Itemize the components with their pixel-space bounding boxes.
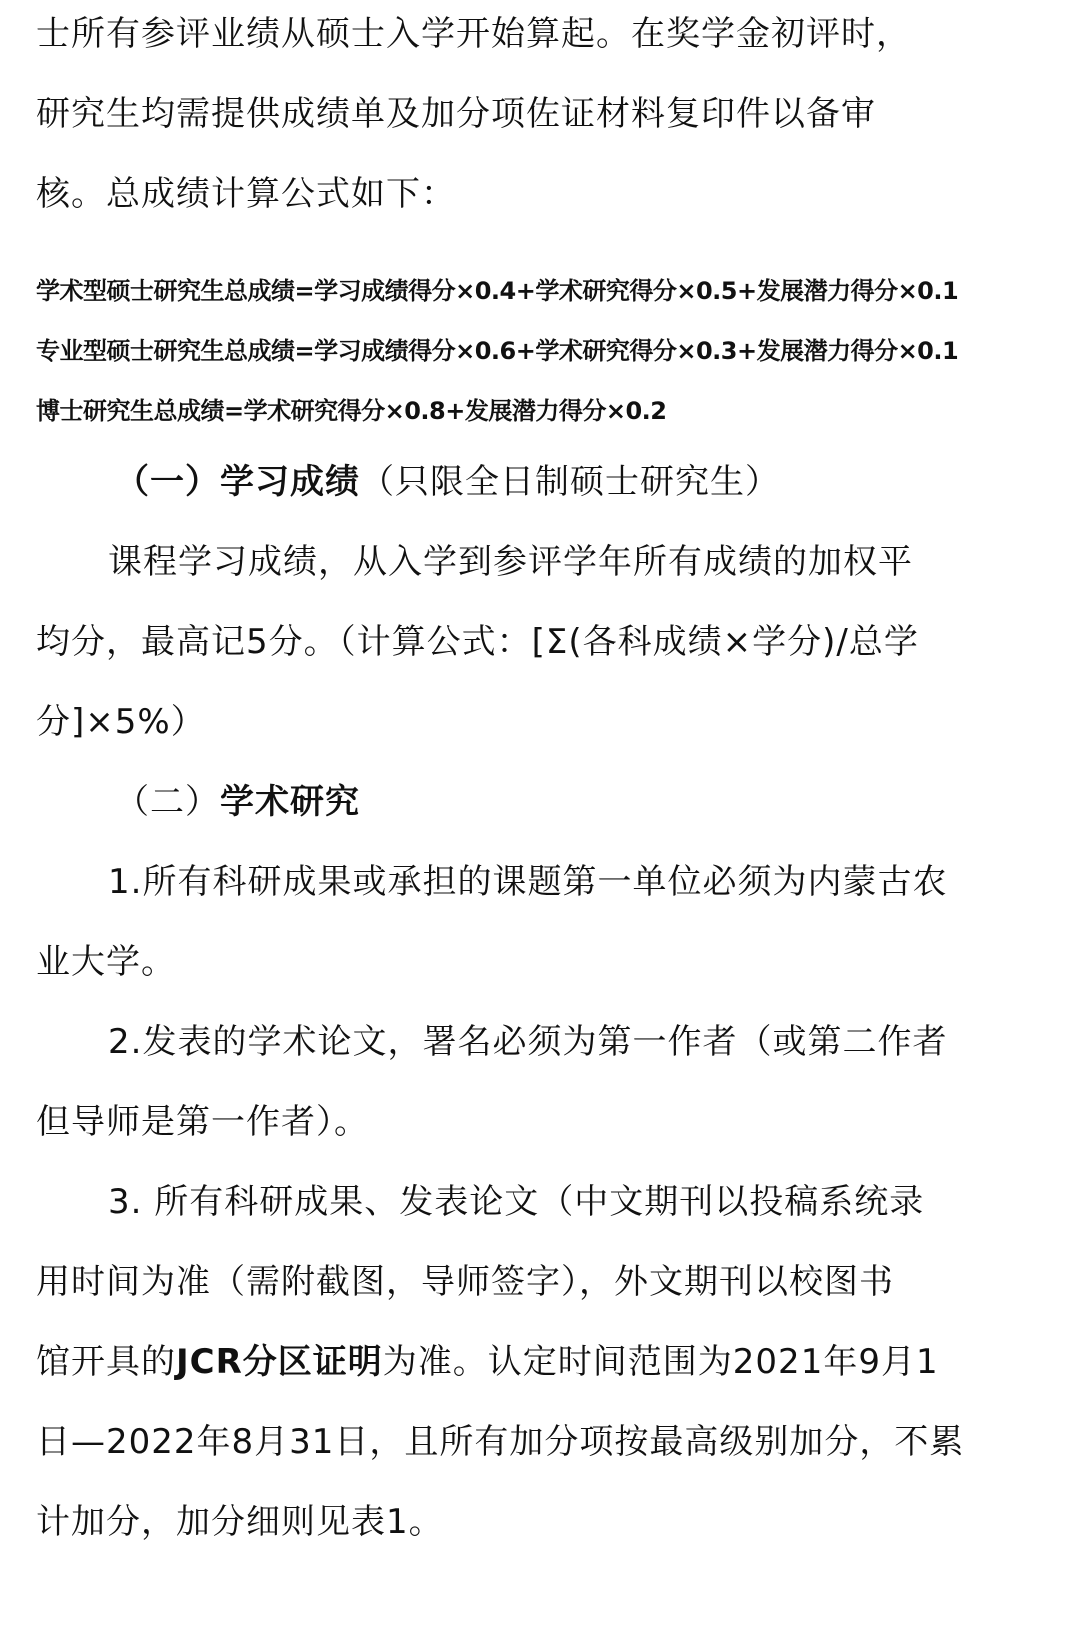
item-3-line-2: 用时间为准（需附截图，导师签字），外文期刊以校图书 <box>36 1262 894 1302</box>
document-page: 士所有参评业绩从硕士入学开始算起。在奖学金初评时， 研究生均需提供成绩单及加分项… <box>0 0 1080 1632</box>
section-1-para-line-2: 均分，最高记5分。（计算公式：[Σ(各科成绩×学分)/总学 <box>36 622 919 662</box>
formula-professional-master: 专业型硕士研究生总成绩=学习成绩得分×0.6+学术研究得分×0.3+发展潜力得分… <box>36 336 958 366</box>
item-3-line-4: 日—2022年8月31日，且所有加分项按最高级别加分，不累 <box>36 1422 964 1462</box>
item-1-line-2: 业大学。 <box>36 942 176 982</box>
formula-academic-master: 学术型硕士研究生总成绩=学习成绩得分×0.4+学术研究得分×0.5+发展潜力得分… <box>36 276 958 306</box>
intro-line-2: 研究生均需提供成绩单及加分项佐证材料复印件以备审 <box>36 94 876 134</box>
item-3-line-3-before: 馆开具的 <box>36 1342 176 1382</box>
section-1-note: （只限全日制硕士研究生） <box>360 462 780 502</box>
item-3-line-3: 馆开具的JCR分区证明为准。认定时间范围为2021年9月1 <box>36 1342 939 1382</box>
item-3-line-1: 3. 所有科研成果、发表论文（中文期刊以投稿系统录 <box>108 1182 924 1222</box>
item-3-line-5: 计加分，加分细则见表1。 <box>36 1502 444 1542</box>
item-3-line-3-after: 为准。认定时间范围为2021年9月1 <box>383 1342 939 1382</box>
section-2-title: 学术研究 <box>220 782 360 822</box>
intro-line-3: 核。总成绩计算公式如下： <box>36 174 456 214</box>
jcr-certificate-emphasis: JCR分区证明 <box>176 1342 383 1382</box>
item-2-line-2: 但导师是第一作者）。 <box>36 1102 369 1142</box>
section-2-heading: （二）学术研究 <box>115 782 360 822</box>
intro-line-1: 士所有参评业绩从硕士入学开始算起。在奖学金初评时， <box>36 14 911 54</box>
section-1-title: 学习成绩 <box>220 462 360 502</box>
section-2-number: （二） <box>115 782 220 822</box>
item-2-line-1: 2.发表的学术论文，署名必须为第一作者（或第二作者 <box>108 1022 947 1062</box>
item-1-line-1: 1.所有科研成果或承担的课题第一单位必须为内蒙古农 <box>108 862 947 902</box>
formula-doctoral: 博士研究生总成绩=学术研究得分×0.8+发展潜力得分×0.2 <box>36 396 666 426</box>
section-1-para-line-1: 课程学习成绩，从入学到参评学年所有成绩的加权平 <box>108 542 913 582</box>
section-1-number: （一） <box>115 462 220 502</box>
section-1-heading: （一）学习成绩（只限全日制硕士研究生） <box>115 462 780 502</box>
section-1-para-line-3: 分]×5%） <box>36 702 206 742</box>
